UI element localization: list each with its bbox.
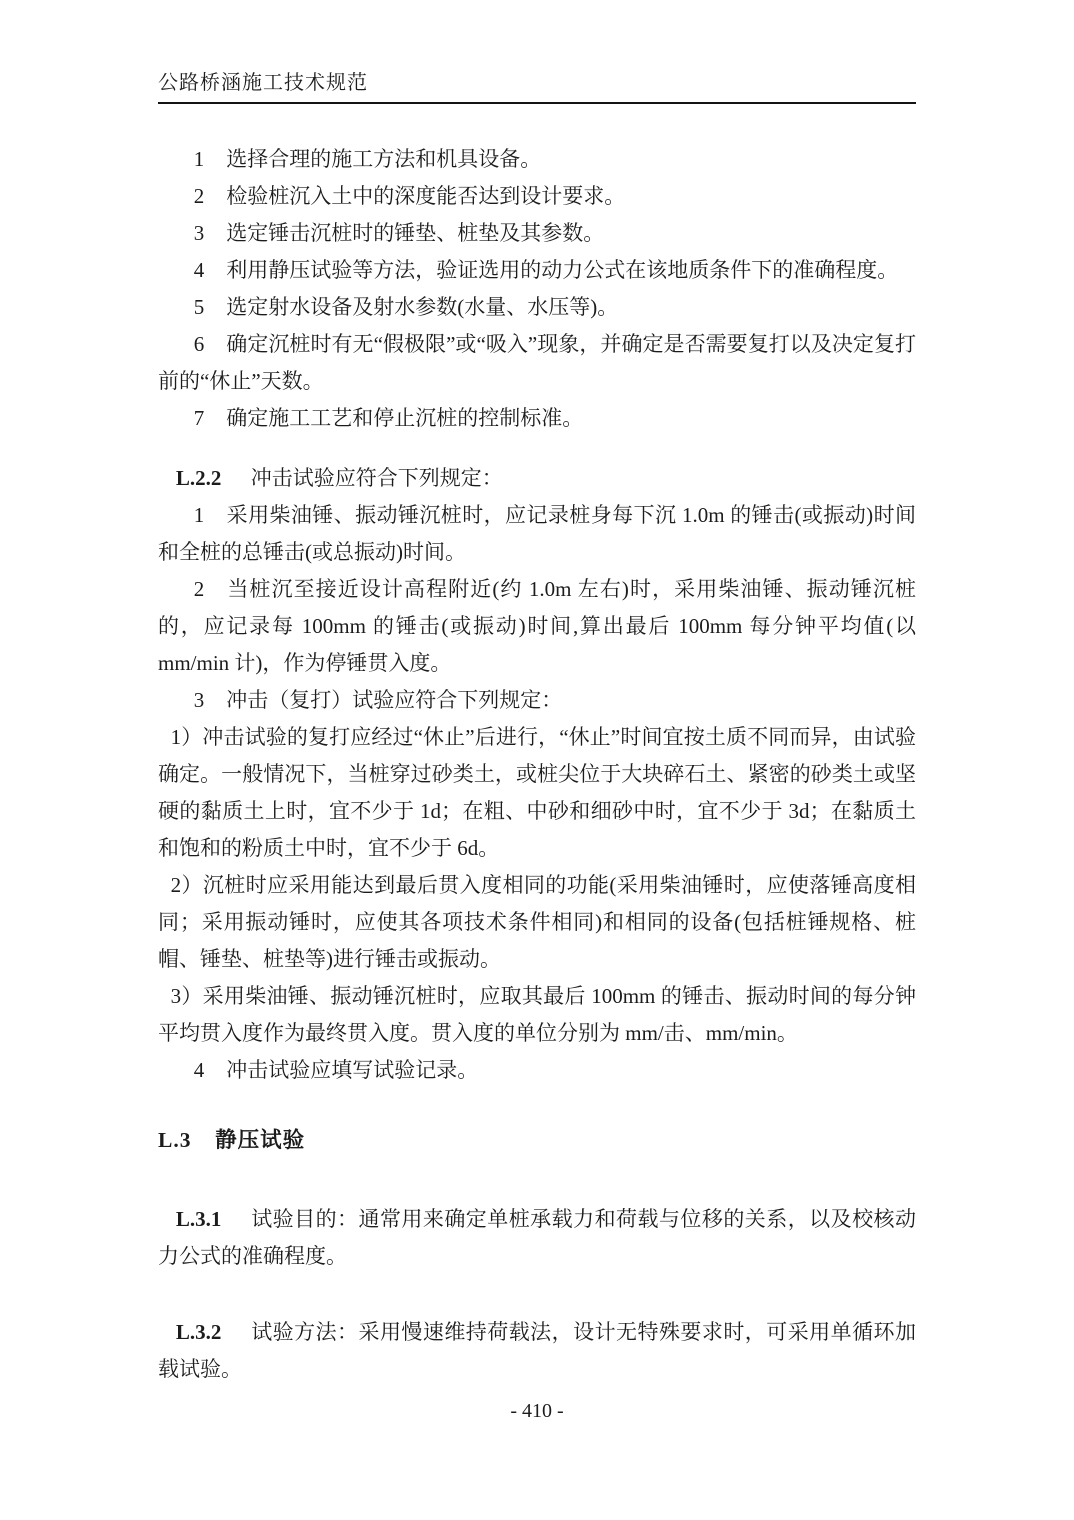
item-text: 选择合理的施工方法和机具设备。	[226, 147, 541, 171]
running-header: 公路桥涵施工技术规范	[158, 70, 916, 104]
list-item: 5选定射水设备及射水参数(水量、水压等)。	[158, 289, 916, 326]
item-text: 利用静压试验等方法，验证选用的动力公式在该地质条件下的准确程度。	[226, 258, 898, 282]
item-number: 2	[176, 571, 204, 608]
list-item: 2当桩沉至接近设计高程附近(约 1.0m 左右)时，采用柴油锤、振动锤沉桩的，应…	[158, 571, 916, 682]
list-item: 1选择合理的施工方法和机具设备。	[158, 141, 916, 178]
document-page: 公路桥涵施工技术规范 1选择合理的施工方法和机具设备。 2检验桩沉入土中的深度能…	[0, 0, 1074, 1520]
item-text: 确定施工工艺和停止沉桩的控制标准。	[226, 406, 583, 430]
running-header-title: 公路桥涵施工技术规范	[158, 72, 368, 94]
item-text: 冲击（复打）试验应符合下列规定：	[226, 688, 562, 712]
list-item: 2检验桩沉入土中的深度能否达到设计要求。	[158, 178, 916, 215]
item-number: 6	[176, 326, 204, 363]
item-number: 2	[176, 178, 204, 215]
item-text: 当桩沉至接近设计高程附近(约 1.0m 左右)时，采用柴油锤、振动锤沉桩的，应记…	[158, 577, 916, 675]
section-label: L.3.2	[176, 1320, 222, 1344]
list-item: 3冲击（复打）试验应符合下列规定：	[158, 682, 916, 719]
item-text: 选定射水设备及射水参数(水量、水压等)。	[226, 295, 618, 319]
sub-list-item: 2）沉桩时应采用能达到最后贯入度相同的功能(采用柴油锤时，应使落锤高度相同；采用…	[158, 867, 916, 978]
section-heading-l3: L.3静压试验	[158, 1122, 916, 1159]
section-text: 试验方法：采用慢速维持荷载法，设计无特殊要求时，可采用单循环加载试验。	[158, 1320, 916, 1381]
item-text: 采用柴油锤、振动锤沉桩时，应记录桩身每下沉 1.0m 的锤击(或振动)时间和全桩…	[158, 503, 916, 564]
item-number: 1	[176, 497, 204, 534]
section-label: L.2.2	[176, 466, 222, 490]
item-number: 5	[176, 289, 204, 326]
page-footer: - 410 -	[0, 1400, 1074, 1423]
section-label: L.3	[158, 1128, 191, 1152]
item-text: 确定沉桩时有无“假极限”或“吸入”现象，并确定是否需要复打以及决定复打前的“休止…	[158, 332, 916, 393]
item-number: 4	[176, 1052, 204, 1089]
section-text: 试验目的：通常用来确定单桩承载力和荷载与位移的关系，以及校核动力公式的准确程度。	[158, 1207, 916, 1268]
item-text: 选定锤击沉桩时的锤垫、桩垫及其参数。	[226, 221, 604, 245]
section-heading-l22: L.2.2冲击试验应符合下列规定：	[158, 460, 916, 497]
item-number: 1	[176, 141, 204, 178]
section-title: 冲击试验应符合下列规定：	[251, 466, 503, 490]
item-text: 2）沉桩时应采用能达到最后贯入度相同的功能(采用柴油锤时，应使落锤高度相同；采用…	[158, 873, 916, 971]
item-text: 冲击试验应填写试验记录。	[226, 1058, 478, 1082]
item-text: 检验桩沉入土中的深度能否达到设计要求。	[226, 184, 625, 208]
item-number: 3	[176, 215, 204, 252]
sub-list-item: 1）冲击试验的复打应经过“休止”后进行，“休止”时间宜按土质不同而异，由试验确定…	[158, 719, 916, 867]
list-item: 7确定施工工艺和停止沉桩的控制标准。	[158, 400, 916, 437]
list-item: 1采用柴油锤、振动锤沉桩时，应记录桩身每下沉 1.0m 的锤击(或振动)时间和全…	[158, 497, 916, 571]
item-number: 3	[176, 682, 204, 719]
item-number: 7	[176, 400, 204, 437]
section-paragraph-l31: L.3.1试验目的：通常用来确定单桩承载力和荷载与位移的关系，以及校核动力公式的…	[158, 1201, 916, 1275]
item-number: 4	[176, 252, 204, 289]
sub-list-item: 3）采用柴油锤、振动锤沉桩时，应取其最后 100mm 的锤击、振动时间的每分钟平…	[158, 978, 916, 1052]
list-item: 6确定沉桩时有无“假极限”或“吸入”现象，并确定是否需要复打以及决定复打前的“休…	[158, 326, 916, 400]
list-item: 4冲击试验应填写试验记录。	[158, 1052, 916, 1089]
section-title: 静压试验	[215, 1128, 305, 1152]
section-label: L.3.1	[176, 1207, 222, 1231]
list-item: 3选定锤击沉桩时的锤垫、桩垫及其参数。	[158, 215, 916, 252]
item-text: 1）冲击试验的复打应经过“休止”后进行，“休止”时间宜按土质不同而异，由试验确定…	[158, 725, 916, 860]
section-paragraph-l32: L.3.2试验方法：采用慢速维持荷载法，设计无特殊要求时，可采用单循环加载试验。	[158, 1314, 916, 1388]
document-body: 1选择合理的施工方法和机具设备。 2检验桩沉入土中的深度能否达到设计要求。 3选…	[158, 141, 916, 1388]
list-item: 4利用静压试验等方法，验证选用的动力公式在该地质条件下的准确程度。	[158, 252, 916, 289]
item-text: 3）采用柴油锤、振动锤沉桩时，应取其最后 100mm 的锤击、振动时间的每分钟平…	[158, 984, 916, 1045]
page-number: - 410 -	[510, 1400, 563, 1422]
